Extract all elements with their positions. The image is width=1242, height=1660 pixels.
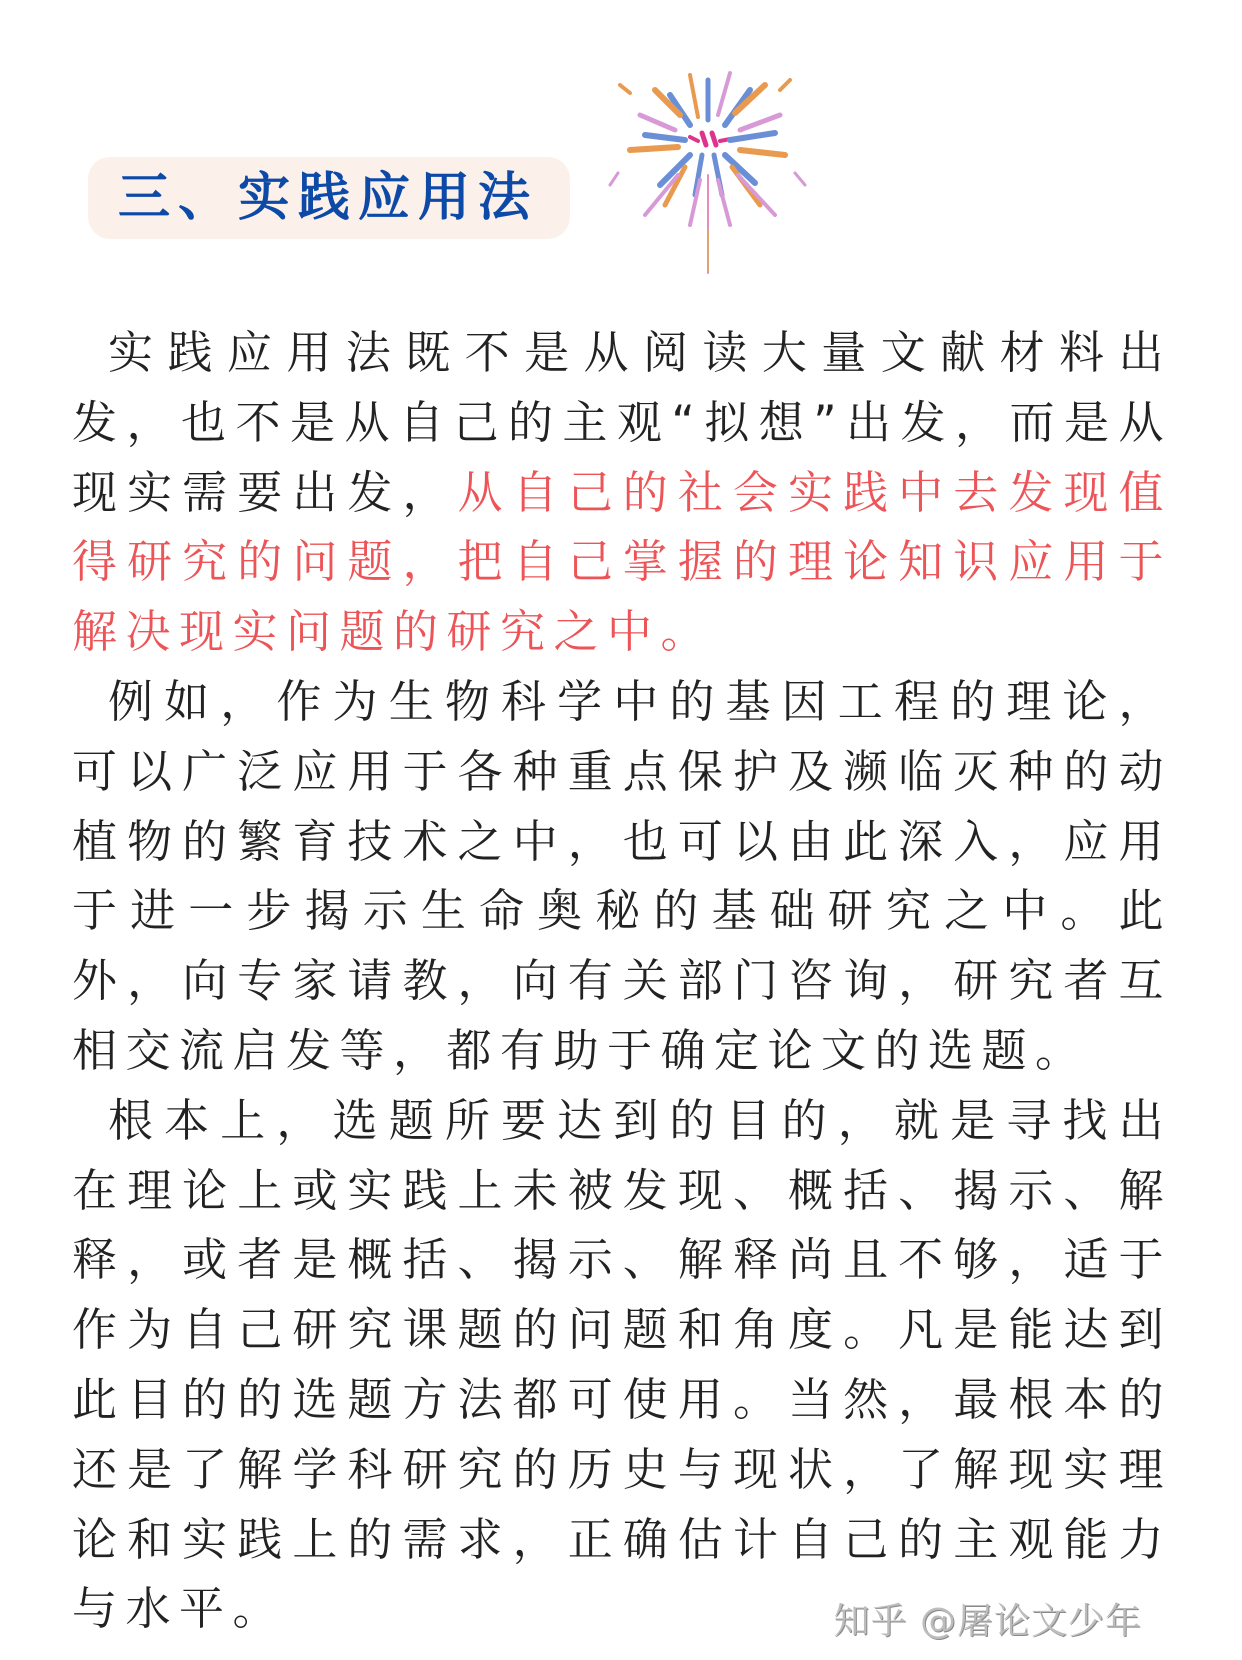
- article-body: 实践应用法既不是从阅读大量文献材料出发，也不是从自己的主观“拟想”出发，而是从现…: [72, 318, 1172, 1644]
- paragraph-1: 实践应用法既不是从阅读大量文献材料出发，也不是从自己的主观“拟想”出发，而是从现…: [72, 318, 1172, 667]
- paragraph-3: 根本上，选题所要达到的目的，就是寻找出在理论上或实践上未被发现、概括、揭示、解释…: [72, 1086, 1172, 1644]
- paragraph-2: 例如，作为生物科学中的基因工程的理论，可以广泛应用于各种重点保护及濒临灭种的动植…: [72, 667, 1172, 1086]
- firework-icon: [590, 55, 830, 295]
- section-heading: 三、实践应用法: [118, 166, 538, 230]
- zhihu-watermark: 知乎 @屠论文少年: [834, 1593, 1142, 1644]
